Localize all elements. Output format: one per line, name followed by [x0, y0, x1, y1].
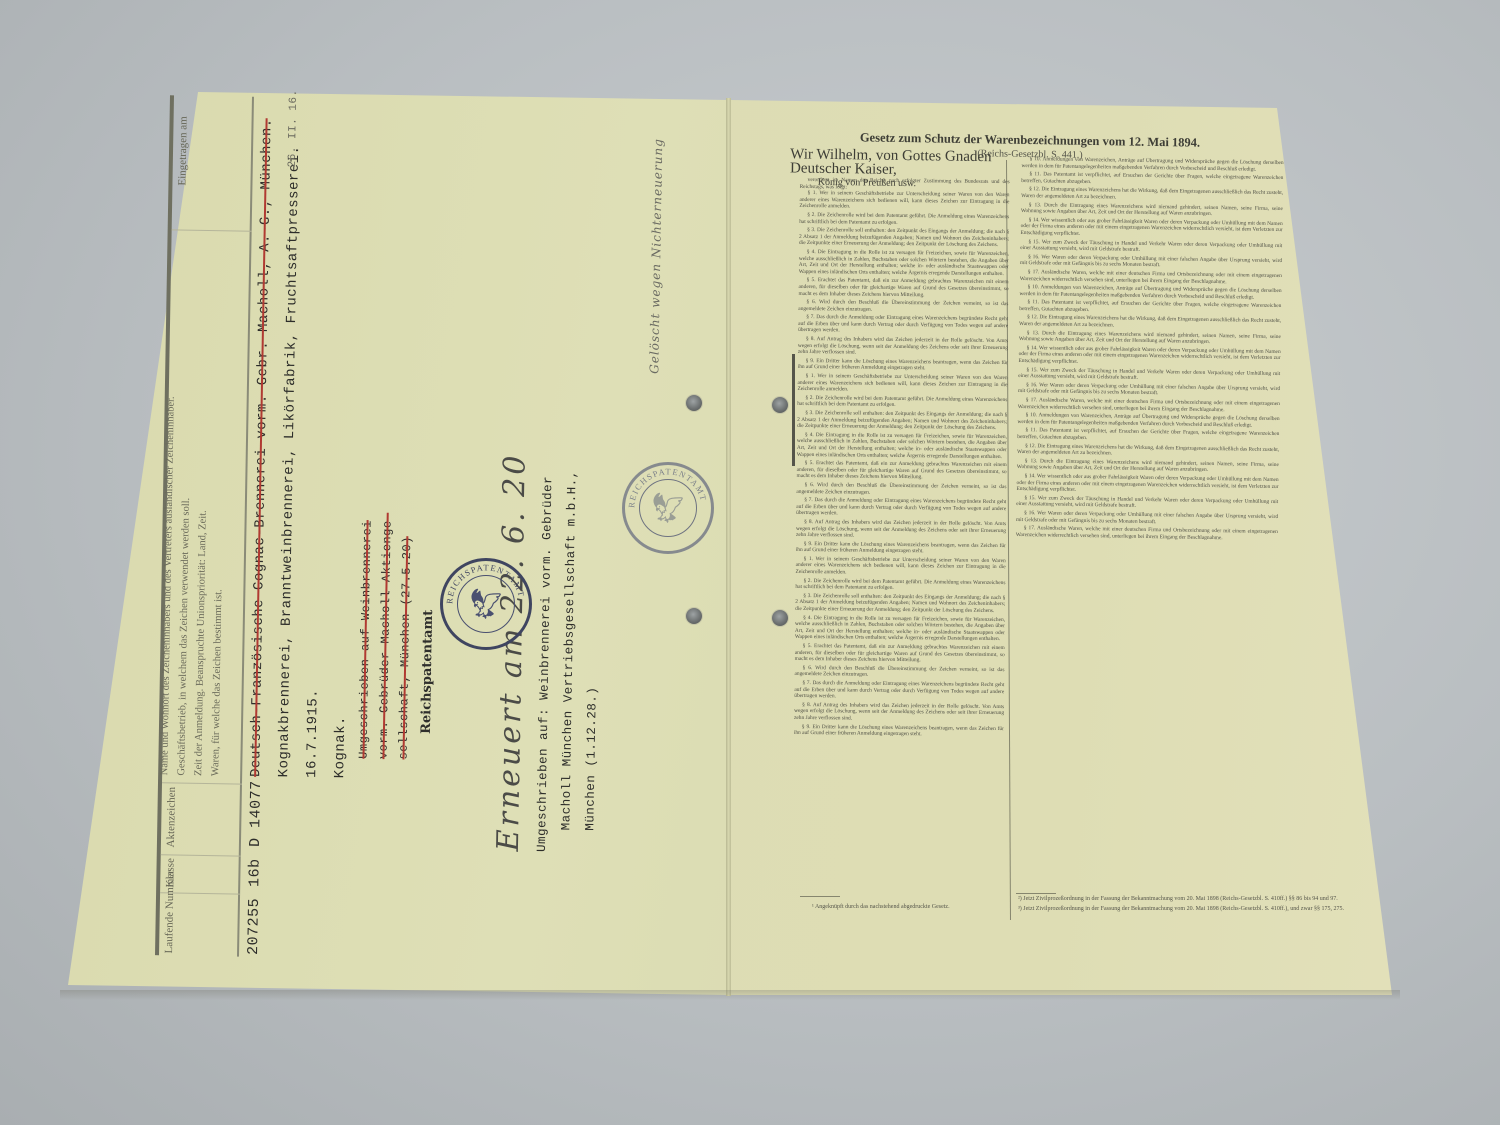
entry-business: Kognakbrennerei, Branntweinbrennerei, Li…	[276, 145, 303, 777]
law-paragraph: § 15. Wer zum Zweck der Täuschung in Han…	[1018, 367, 1280, 384]
law-paragraph: § 16. Wer Waren oder deren Verpackung od…	[1018, 382, 1280, 399]
column-divider	[162, 782, 242, 784]
intro-line-1: Wir Wilhelm, von Gottes Gnaden Deutscher…	[790, 146, 992, 177]
renewal-handwritten-note: Erneuert am 22. 6. 20	[491, 452, 533, 851]
law-paragraph: § 16. Wer Waren oder deren Verpackung od…	[1020, 254, 1282, 271]
page-fold-spine	[726, 98, 731, 996]
header-eingetragen-am: Eingetragen am	[176, 116, 189, 186]
law-paragraph: § 7. Das durch die Anmeldung oder Eintra…	[798, 314, 1008, 336]
law-paragraph: § 3. Die Zeichenrolle soll enthalten: de…	[799, 227, 1009, 249]
entry-klasse: 16b	[246, 858, 263, 887]
footnote-3: ³) Jetzt Zivilprozeßordnung in der Fassu…	[1018, 906, 1344, 912]
law-paragraph: § 14. Wer wissentlich oder aus grober Fa…	[1018, 345, 1280, 369]
transfer2-line-3: München (1.12.28.)	[583, 687, 600, 831]
entry-holder-struck: Deutsch-Französische Cognac-Brennerei vo…	[248, 118, 275, 777]
footnote-2: ²) Jetzt Zivilprozeßordnung in der Fassu…	[1018, 896, 1338, 902]
law-paragraph: § 8. Auf Antrag des Inhabers wird das Ze…	[794, 702, 1004, 724]
law-paragraph: § 14. Wer wissentlich oder aus grober Fa…	[1016, 473, 1278, 497]
law-paragraph: § 16. Wer Waren oder deren Verpackung od…	[1016, 510, 1278, 527]
transfer2-line-1: Umgeschrieben auf: Weinbrennerei vorm. G…	[535, 476, 556, 852]
law-paragraph: § 13. Durch die Eintragung eines Warenze…	[1017, 458, 1279, 475]
law-paragraph: § 12. Die Eintragung eines Warenzeichens…	[1019, 314, 1281, 331]
transfer-authority: Reichspatentamt	[419, 610, 436, 734]
law-paragraph: § 2. Die Zeichenrolle wird bei dem Paten…	[797, 395, 1007, 410]
law-paragraph: § 3. Die Zeichenrolle soll enthalten: de…	[795, 593, 1005, 615]
law-paragraph: § 7. Das durch die Anmeldung oder Eintra…	[796, 497, 1006, 519]
footnote-rule	[1016, 893, 1056, 894]
law-paragraph: § 7. Das durch die Anmeldung oder Eintra…	[794, 680, 1004, 702]
law-paragraph: § 5. Erachtet das Patentamt, daß ein zur…	[797, 460, 1007, 482]
law-paragraph: § 1. Wer in seinem Geschäftsbetriebe zur…	[796, 556, 1006, 578]
law-paragraph: § 5. Erachtet das Patentamt, daß ein zur…	[795, 643, 1005, 665]
eagle-icon: 🦅︎	[467, 587, 505, 622]
law-paragraph: § 9. Ein Dritter kann die Löschung eines…	[798, 358, 1008, 373]
deleted-handwritten-note: Gelöscht wegen Nichterneuerung	[647, 138, 665, 374]
law-paragraph: § 8. Auf Antrag des Inhabers wird das Ze…	[796, 519, 1006, 541]
law-paragraph: § 17. Ausländische Waren, welche mit ein…	[1020, 269, 1282, 286]
header-description: Name und Wohnort des Zeicheninhabers und…	[156, 315, 232, 776]
reichspatentamt-stamp: REICHSPATENTAMT 🦅︎	[440, 558, 532, 650]
entry-lfd-nummer: 207255	[245, 898, 263, 955]
page-shadow	[60, 990, 1400, 1000]
law-paragraph: § 14. Wer wissentlich oder aus grober Fa…	[1020, 217, 1282, 241]
law-paragraph: § 15. Wer zum Zweck der Täuschung in Han…	[1016, 495, 1278, 512]
law-paragraph: § 13. Durch die Eintragung eines Warenze…	[1019, 330, 1281, 347]
law-paragraph: § 1. Wer in seinem Geschäftsbetriebe zur…	[797, 373, 1007, 395]
law-paragraph: § 2. Die Zeichenrolle wird bei dem Paten…	[799, 212, 1009, 227]
law-paragraph: § 12. Die Eintragung eines Warenzeichens…	[1021, 186, 1283, 203]
column-divider	[172, 229, 252, 231]
law-paragraph: § 4. Die Eintragung in die Rolle ist zu …	[799, 249, 1009, 278]
law-paragraph: § 2. Die Zeichenrolle wird bei dem Paten…	[795, 578, 1005, 593]
law-paragraph: § 15. Wer zum Zweck der Täuschung in Han…	[1020, 239, 1282, 256]
law-paragraph: § 5. Erachtet das Patentamt, daß ein zur…	[798, 277, 1008, 299]
column-divider	[161, 854, 241, 856]
entry-aktenzeichen: D 14077	[247, 780, 265, 847]
law-text-column-left: verordnen im Namen des Reichs, nach erfo…	[792, 177, 1009, 884]
law-paragraph: § 4. Die Eintragung in die Rolle ist zu …	[797, 432, 1007, 461]
law-paragraph: § 4. Die Eintragung in die Rolle ist zu …	[795, 615, 1005, 644]
header-aktenzeichen: Aktenzeichen	[165, 787, 178, 848]
eagle-icon: 🦅︎	[649, 491, 687, 526]
punch-hole	[772, 397, 788, 413]
entry-goods: Kognak.	[332, 716, 349, 779]
transfer-line-1: Umgeschrieben auf Weinbrennerei	[356, 520, 374, 759]
law-paragraph: § 9. Ein Dritter kann die Löschung eines…	[794, 723, 1004, 738]
law-paragraph: § 1. Wer in seinem Geschäftsbetriebe zur…	[799, 190, 1009, 212]
law-paragraph: § 3. Die Zeichenrolle soll enthalten: de…	[797, 410, 1007, 432]
law-paragraph: § 6. Wird durch den Beschluß die Überein…	[796, 482, 1006, 497]
margin-marker	[792, 354, 795, 466]
transfer2-line-2: Macholl München Vertriebsgesellschaft m.…	[559, 470, 579, 830]
punch-hole	[772, 610, 788, 626]
header-klasse: Klasse	[164, 858, 177, 888]
footnote-1: ¹ Angeknüpft durch das nachstehend abged…	[812, 904, 950, 910]
law-paragraph: § 6. Wird durch den Beschluß die Überein…	[798, 299, 1008, 314]
transfer-line-3: sellschaft, München (27.5.20)	[396, 536, 414, 760]
reichspatentamt-stamp: REICHSPATENTAMT 🦅︎	[622, 462, 714, 554]
law-paragraph: § 13. Durch die Eintragung eines Warenze…	[1021, 202, 1283, 219]
law-paragraph: § 12. Die Eintragung eines Warenzeichens…	[1017, 443, 1279, 460]
entry-filing-date: 16.7.1915.	[304, 689, 322, 778]
law-paragraph: § 11. Das Patentamt ist verpflichtet, au…	[1017, 427, 1279, 444]
law-paragraph: § 17. Ausländische Waren, welche mit ein…	[1016, 525, 1278, 542]
eingetragen-am-value: 26. II. 16.	[287, 89, 300, 167]
law-text-column-right: § 10. Anmeldungen von Warenzeichen, Antr…	[1010, 156, 1283, 885]
law-paragraph: § 6. Wird durch den Beschluß die Überein…	[794, 665, 1004, 680]
law-paragraph: § 8. Auf Antrag des Inhabers wird das Ze…	[798, 336, 1008, 358]
transfer-line-2: vorm. Gebrüder Macholl Aktienge-	[376, 513, 394, 760]
footnote-rule	[800, 896, 840, 897]
law-paragraph: § 9. Ein Dritter kann die Löschung eines…	[796, 541, 1006, 556]
